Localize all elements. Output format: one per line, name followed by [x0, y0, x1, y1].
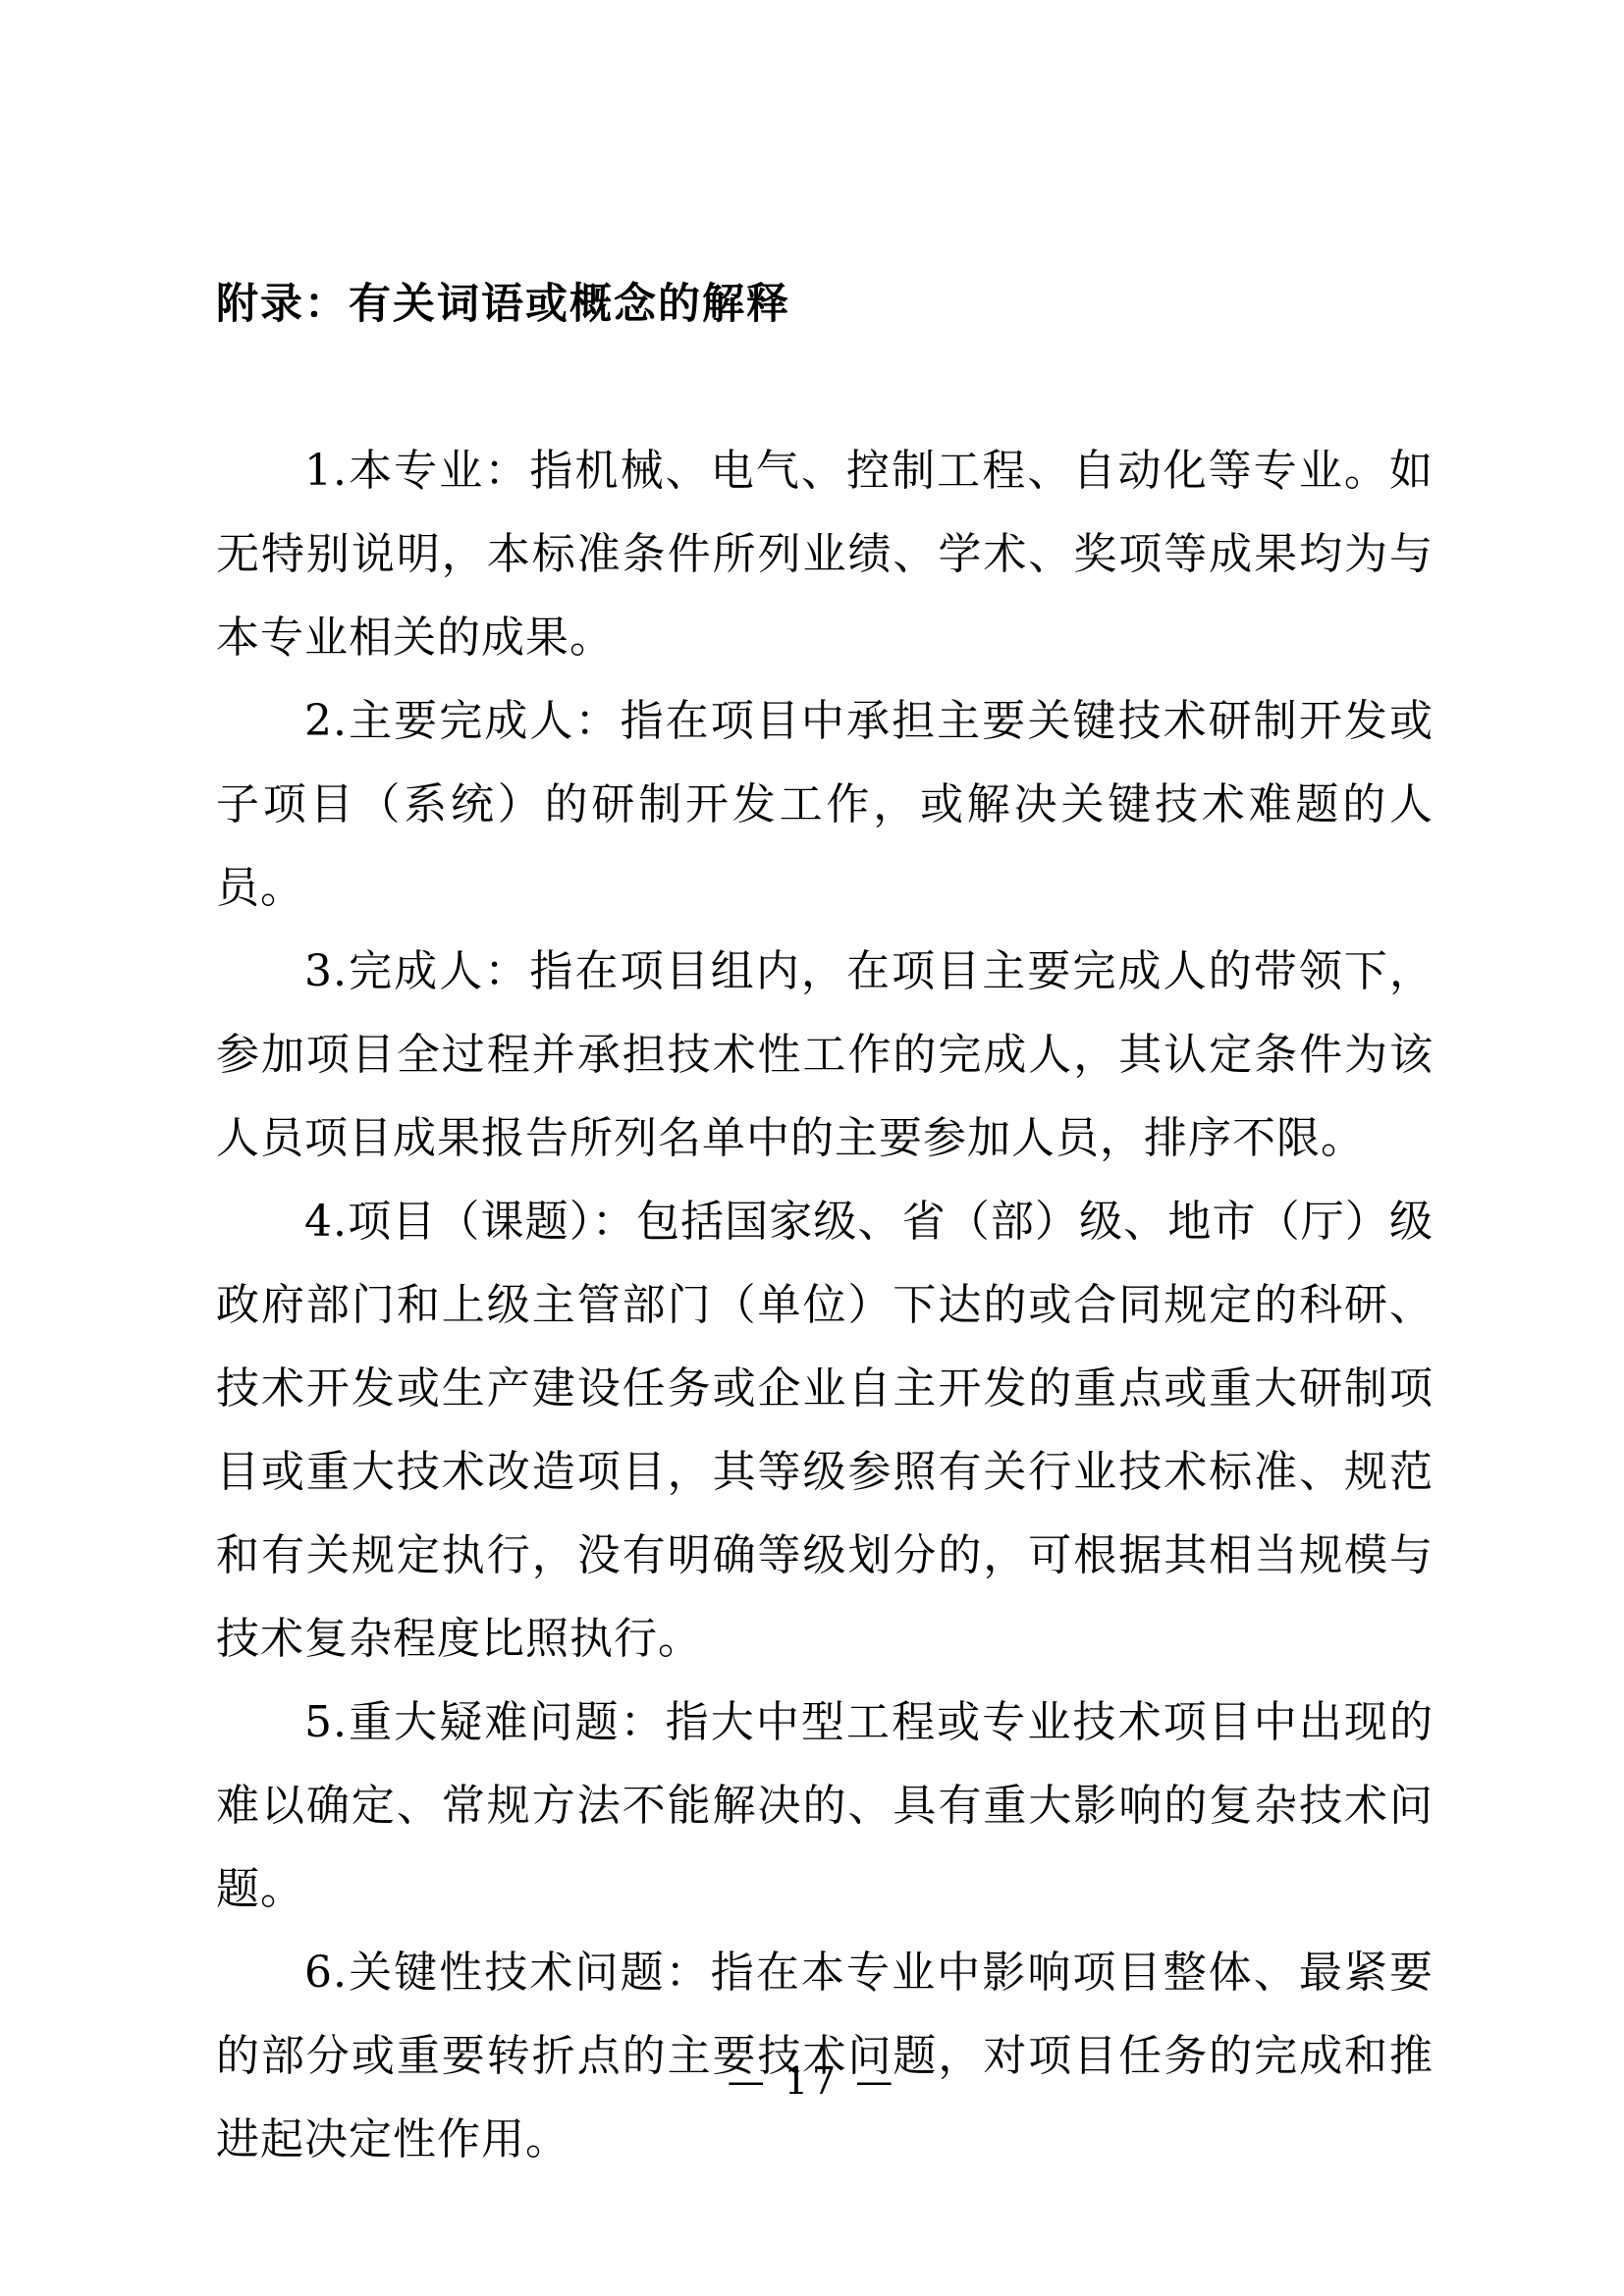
paragraph-definition-1: 1.本专业：指机械、电气、控制工程、自动化等专业。如无特别说明，本标准条件所列业… — [216, 429, 1434, 679]
document-content: 附录：有关词语或概念的解释 1.本专业：指机械、电气、控制工程、自动化等专业。如… — [216, 278, 1434, 2181]
paragraph-definition-5: 5.重大疑难问题：指大中型工程或专业技术项目中出现的难以确定、常规方法不能解决的… — [216, 1681, 1434, 1931]
paragraph-definition-4: 4.项目（课题）：包括国家级、省（部）级、地市（厅）级政府部门和上级主管部门（单… — [216, 1180, 1434, 1681]
appendix-title: 附录：有关词语或概念的解释 — [216, 278, 1434, 331]
page-number: — 17 — — [0, 2059, 1624, 2103]
document-page: 附录：有关词语或概念的解释 1.本专业：指机械、电气、控制工程、自动化等专业。如… — [0, 0, 1624, 2296]
paragraph-definition-3: 3.完成人：指在项目组内，在项目主要完成人的带领下，参加项目全过程并承担技术性工… — [216, 930, 1434, 1180]
body-text: 1.本专业：指机械、电气、控制工程、自动化等专业。如无特别说明，本标准条件所列业… — [216, 429, 1434, 2181]
paragraph-definition-6: 6.关键性技术问题：指在本专业中影响项目整体、最紧要的部分或重要转折点的主要技术… — [216, 1931, 1434, 2181]
paragraph-definition-2: 2.主要完成人：指在项目中承担主要关键技术研制开发或子项目（系统）的研制开发工作… — [216, 679, 1434, 930]
